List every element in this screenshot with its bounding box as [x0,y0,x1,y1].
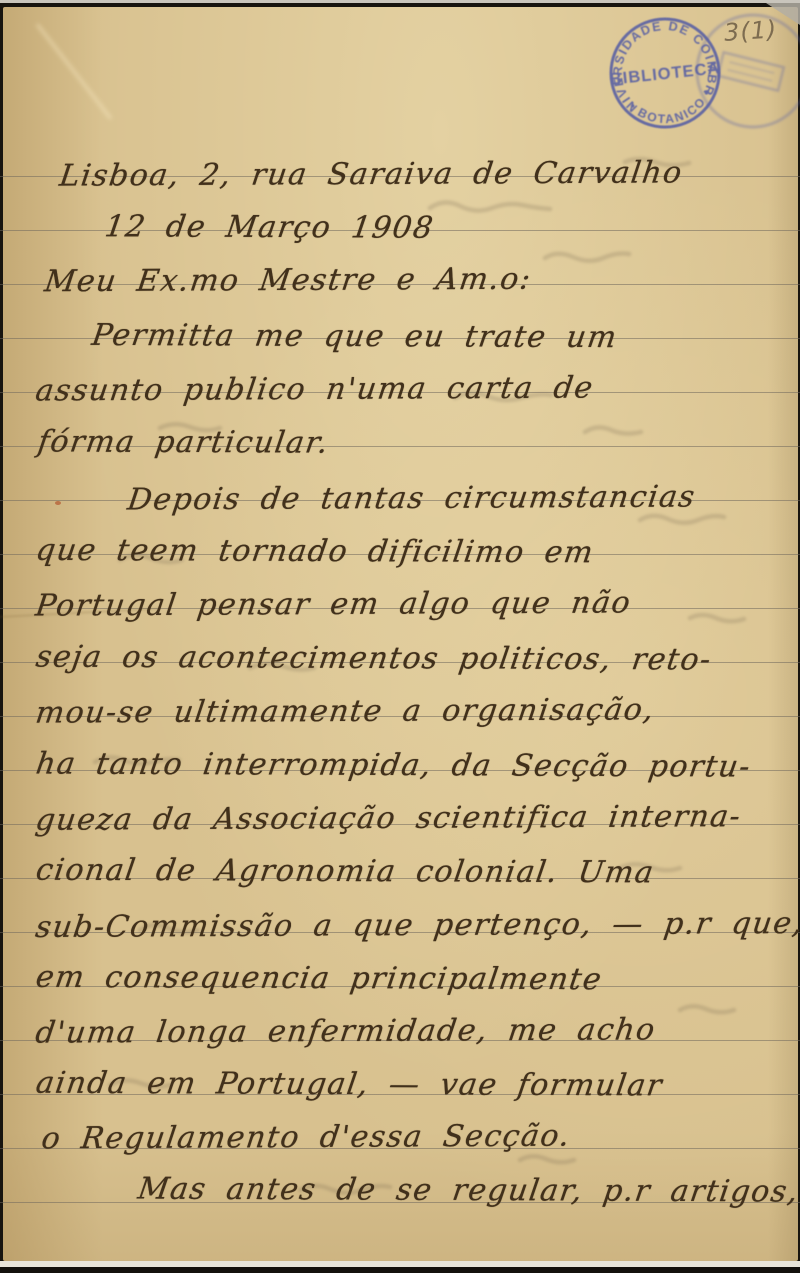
manuscript-line: cional de Agronomia colonial. Uma [34,853,657,891]
manuscript-line: ainda em Portugal, — vae formular [34,1066,666,1104]
manuscript-line: assunto publico n'uma carta de [33,371,596,409]
manuscript-line: em consequencia principalmente [34,960,605,997]
manuscript-line: Mas antes de se regular, p.r artigos, [136,1172,800,1210]
manuscript-line: d'uma longa enfermidade, me acho [33,1012,658,1050]
manuscript-line: Portugal pensar em algo que não [33,585,633,623]
manuscript-line: Meu Ex.mo Mestre e Am.o: [42,262,533,300]
manuscript-line: sub-Commissão a que pertenço, — p.r que, [33,906,800,945]
manuscript-line: seja os acontecimentos politicos, reto- [34,640,715,678]
ink-speck [55,501,61,505]
scanned-letter-page: UNIVERSIDADE DE COIMBRA • BOTANICO • BIB… [0,0,800,1273]
manuscript-line: 12 de Março 1908 [103,209,437,245]
manuscript-line: o Regulamento d'essa Secção. [39,1119,573,1157]
manuscript-line: mou-se ultimamente a organisação, [33,692,657,730]
manuscript-line: Lisboa, 2, rua Saraiva de Carvalho [57,155,685,193]
manuscript-line: fórma particular. [36,424,332,460]
pencil-page-annotation: 3(1) [723,15,778,47]
manuscript-line: que teem tornado dificilimo em [34,533,597,570]
manuscript-line: gueza da Associação scientifica interna- [33,799,743,838]
manuscript-line: Depois de tantas circumstancias [125,480,698,518]
manuscript-line: ha tanto interrompida, da Secção portu- [34,746,754,784]
manuscript-line: Permitta me que eu trate um [90,318,620,355]
scan-edge-bottom-dark [0,1267,800,1273]
